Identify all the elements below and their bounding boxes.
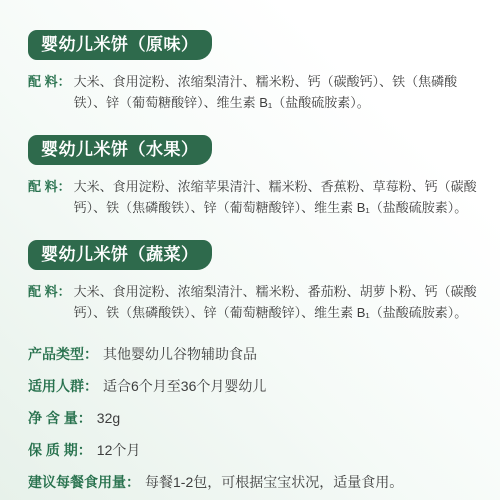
ingredients-row: 配 料： 大米、食用淀粉、浓缩梨清汁、糯米粉、番茄粉、胡萝卜粉、钙（碳酸钙）、铁… [28, 281, 478, 323]
ingredients-label: 配 料： [28, 71, 71, 92]
ingredients-text: 大米、食用淀粉、浓缩梨清汁、糯米粉、番茄粉、胡萝卜粉、钙（碳酸钙）、铁（焦磷酸铁… [74, 281, 478, 323]
spec-value: 12个月 [97, 443, 141, 457]
spec-row-shelf-life: 保 质 期： 12个月 [28, 443, 478, 457]
product-section-fruit: 婴幼儿米饼（水果） 配 料： 大米、食用淀粉、浓缩苹果清汁、糯米粉、香蕉粉、草莓… [28, 135, 478, 218]
spec-value: 32g [97, 411, 120, 425]
spec-label: 产品类型： [28, 347, 98, 361]
spec-value: 适合6个月至36个月婴幼儿 [103, 379, 266, 393]
product-badge-original: 婴幼儿米饼（原味） [28, 30, 212, 60]
product-badge-fruit: 婴幼儿米饼（水果） [28, 135, 212, 165]
ingredients-label: 配 料： [28, 281, 71, 302]
spec-value: 其他婴幼儿谷物辅助食品 [103, 347, 257, 361]
spec-value: 每餐1-2包，可根据宝宝状况，适量食用。 [145, 475, 403, 489]
product-badge-vegetable: 婴幼儿米饼（蔬菜） [28, 240, 212, 270]
specs-list: 产品类型： 其他婴幼儿谷物辅助食品 适用人群： 适合6个月至36个月婴幼儿 净 … [28, 347, 478, 489]
ingredients-text: 大米、食用淀粉、浓缩苹果清汁、糯米粉、香蕉粉、草莓粉、钙（碳酸钙）、铁（焦磷酸铁… [74, 176, 478, 218]
spec-row-net-content: 净 含 量： 32g [28, 411, 478, 425]
spec-row-product-type: 产品类型： 其他婴幼儿谷物辅助食品 [28, 347, 478, 361]
spec-label: 净 含 量： [28, 411, 92, 425]
ingredients-row: 配 料： 大米、食用淀粉、浓缩苹果清汁、糯米粉、香蕉粉、草莓粉、钙（碳酸钙）、铁… [28, 176, 478, 218]
spec-row-serving-suggestion: 建议每餐食用量： 每餐1-2包，可根据宝宝状况，适量食用。 [28, 475, 478, 489]
product-section-vegetable: 婴幼儿米饼（蔬菜） 配 料： 大米、食用淀粉、浓缩梨清汁、糯米粉、番茄粉、胡萝卜… [28, 240, 478, 323]
spec-label: 适用人群： [28, 379, 98, 393]
spec-row-target-group: 适用人群： 适合6个月至36个月婴幼儿 [28, 379, 478, 393]
ingredients-row: 配 料： 大米、食用淀粉、浓缩梨清汁、糯米粉、钙（碳酸钙）、铁（焦磷酸铁）、锌（… [28, 71, 478, 113]
product-info-page: 婴幼儿米饼（原味） 配 料： 大米、食用淀粉、浓缩梨清汁、糯米粉、钙（碳酸钙）、… [0, 0, 500, 500]
product-section-original: 婴幼儿米饼（原味） 配 料： 大米、食用淀粉、浓缩梨清汁、糯米粉、钙（碳酸钙）、… [28, 30, 478, 113]
ingredients-label: 配 料： [28, 176, 71, 197]
spec-label: 保 质 期： [28, 443, 92, 457]
spec-label: 建议每餐食用量： [28, 475, 140, 489]
ingredients-text: 大米、食用淀粉、浓缩梨清汁、糯米粉、钙（碳酸钙）、铁（焦磷酸铁）、锌（葡萄糖酸锌… [74, 71, 478, 113]
